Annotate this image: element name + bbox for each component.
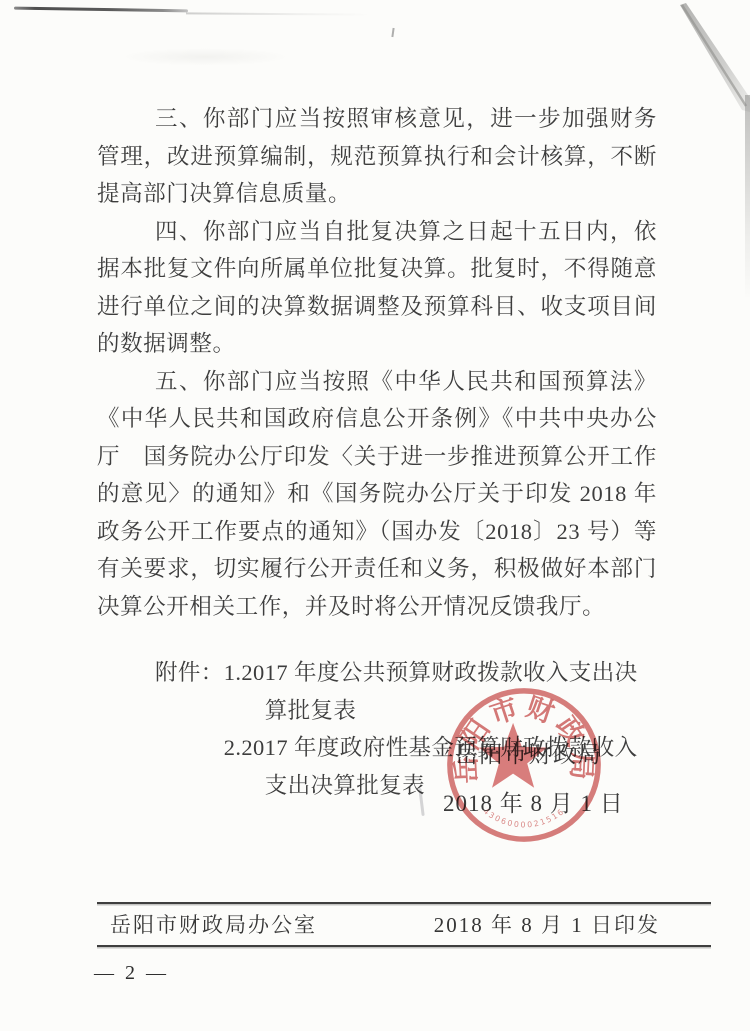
paragraph-3: 三、你部门应当按照审核意见，进一步加强财务管理，改进预算编制，规范预算执行和会计… bbox=[97, 100, 657, 213]
page-number: — 2 — bbox=[94, 962, 169, 985]
official-seal: 岳阳市财政局 4306000021516 bbox=[446, 686, 602, 844]
scan-speck bbox=[391, 28, 394, 37]
attachments-label: 附件： bbox=[155, 654, 224, 804]
footer-issuing-office: 岳阳市财政局办公室 bbox=[110, 909, 317, 939]
scan-artifact-line-faint bbox=[186, 12, 371, 15]
scan-smudge bbox=[120, 48, 290, 66]
paragraph-4: 四、你部门应当自批复决算之日起十五日内，依据本批复文件向所属单位批复决算。批复时… bbox=[97, 213, 657, 363]
scanned-document-page: 三、你部门应当按照审核意见，进一步加强财务管理，改进预算编制，规范预算执行和会计… bbox=[0, 0, 750, 1031]
scan-edge-shadow bbox=[745, 95, 750, 300]
paragraph-5: 五、你部门应当按照《中华人民共和国预算法》《中华人民共和国政府信息公开条例》《中… bbox=[97, 363, 657, 626]
footer-print-date: 2018 年 8 月 1 日印发 bbox=[434, 909, 660, 939]
footer-rule-top bbox=[97, 902, 711, 904]
footer-rule-bottom bbox=[97, 945, 711, 947]
seal-code: 4306000021516 bbox=[481, 806, 566, 829]
page-corner-fold bbox=[660, 0, 750, 115]
scan-artifact-line bbox=[14, 7, 188, 13]
